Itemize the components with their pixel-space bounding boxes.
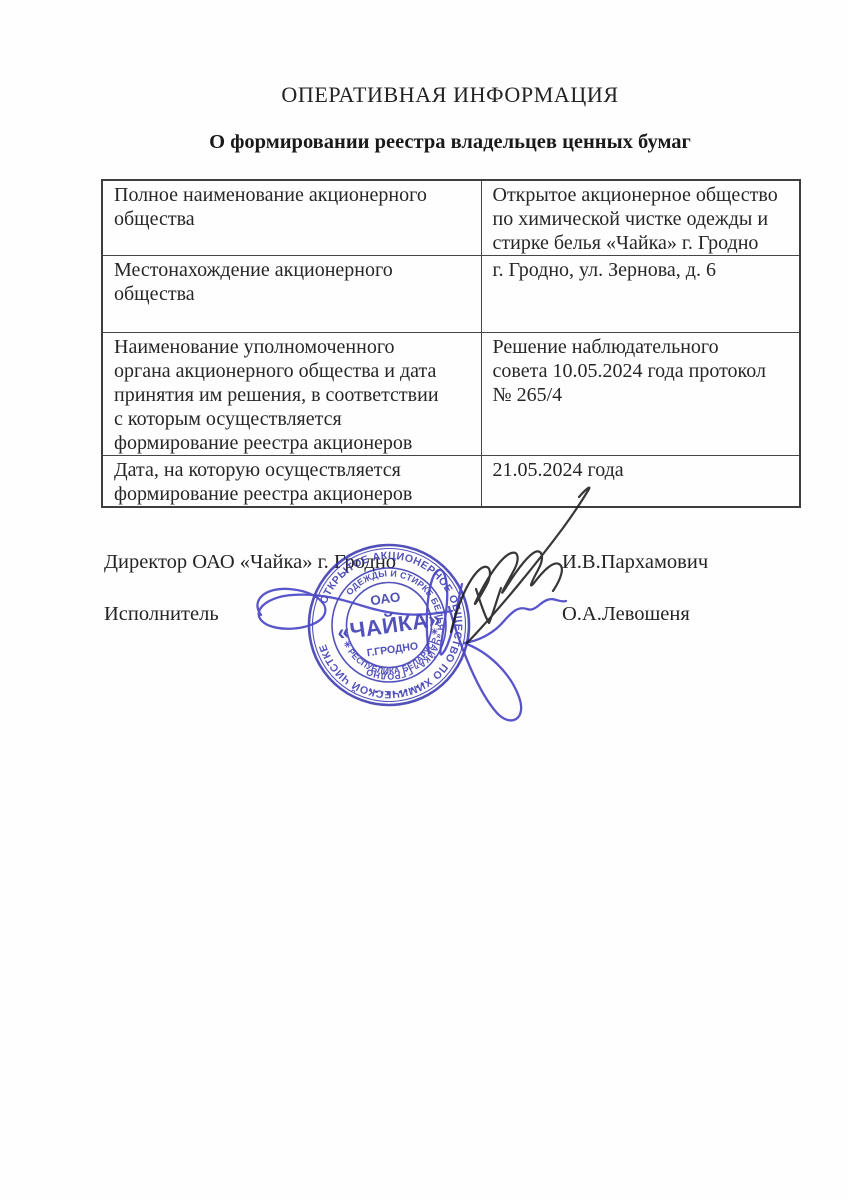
table-row: Наименование уполномоченного органа акци… — [102, 333, 800, 456]
info-table: Полное наименование акционерного обществ… — [101, 179, 801, 508]
executor-name: О.А.Левошеня — [562, 603, 690, 626]
company-stamp: ОТКРЫТОЕ АКЦИОНЕРНОЕ ОБЩЕСТВО ПО ХИМИЧЕС… — [297, 533, 481, 717]
stamp-center-abbr: ОАО — [369, 589, 401, 608]
document-page: ОПЕРАТИВНАЯ ИНФОРМАЦИЯ О формировании ре… — [0, 0, 848, 1200]
row-label-cell: Местонахождение акционерного общества — [102, 256, 481, 333]
executor-role-label: Исполнитель — [104, 603, 219, 626]
row-value-cell: 21.05.2024 года — [481, 456, 800, 508]
stamp-center-city: Г.ГРОДНО — [366, 640, 419, 659]
table-row: Полное наименование акционерного обществ… — [102, 180, 800, 256]
table-row: Местонахождение акционерного общества г.… — [102, 256, 800, 333]
page-subtitle: О формировании реестра владельцев ценных… — [101, 131, 799, 154]
director-name: И.В.Пархамович — [562, 551, 708, 574]
stamp-center-name: «ЧАЙКА» — [336, 606, 443, 645]
row-label-cell: Полное наименование акционерного обществ… — [102, 180, 481, 256]
row-label-cell: Наименование уполномоченного органа акци… — [102, 333, 481, 456]
row-value-cell: Открытое акционерное общество по химичес… — [481, 180, 800, 256]
page-title: ОПЕРАТИВНАЯ ИНФОРМАЦИЯ — [101, 82, 799, 108]
row-label-cell: Дата, на которую осуществляется формиров… — [102, 456, 481, 508]
row-value-cell: Решение наблюдательного совета 10.05.202… — [481, 333, 800, 456]
row-value-cell: г. Гродно, ул. Зернова, д. 6 — [481, 256, 800, 333]
table-row: Дата, на которую осуществляется формиров… — [102, 456, 800, 508]
